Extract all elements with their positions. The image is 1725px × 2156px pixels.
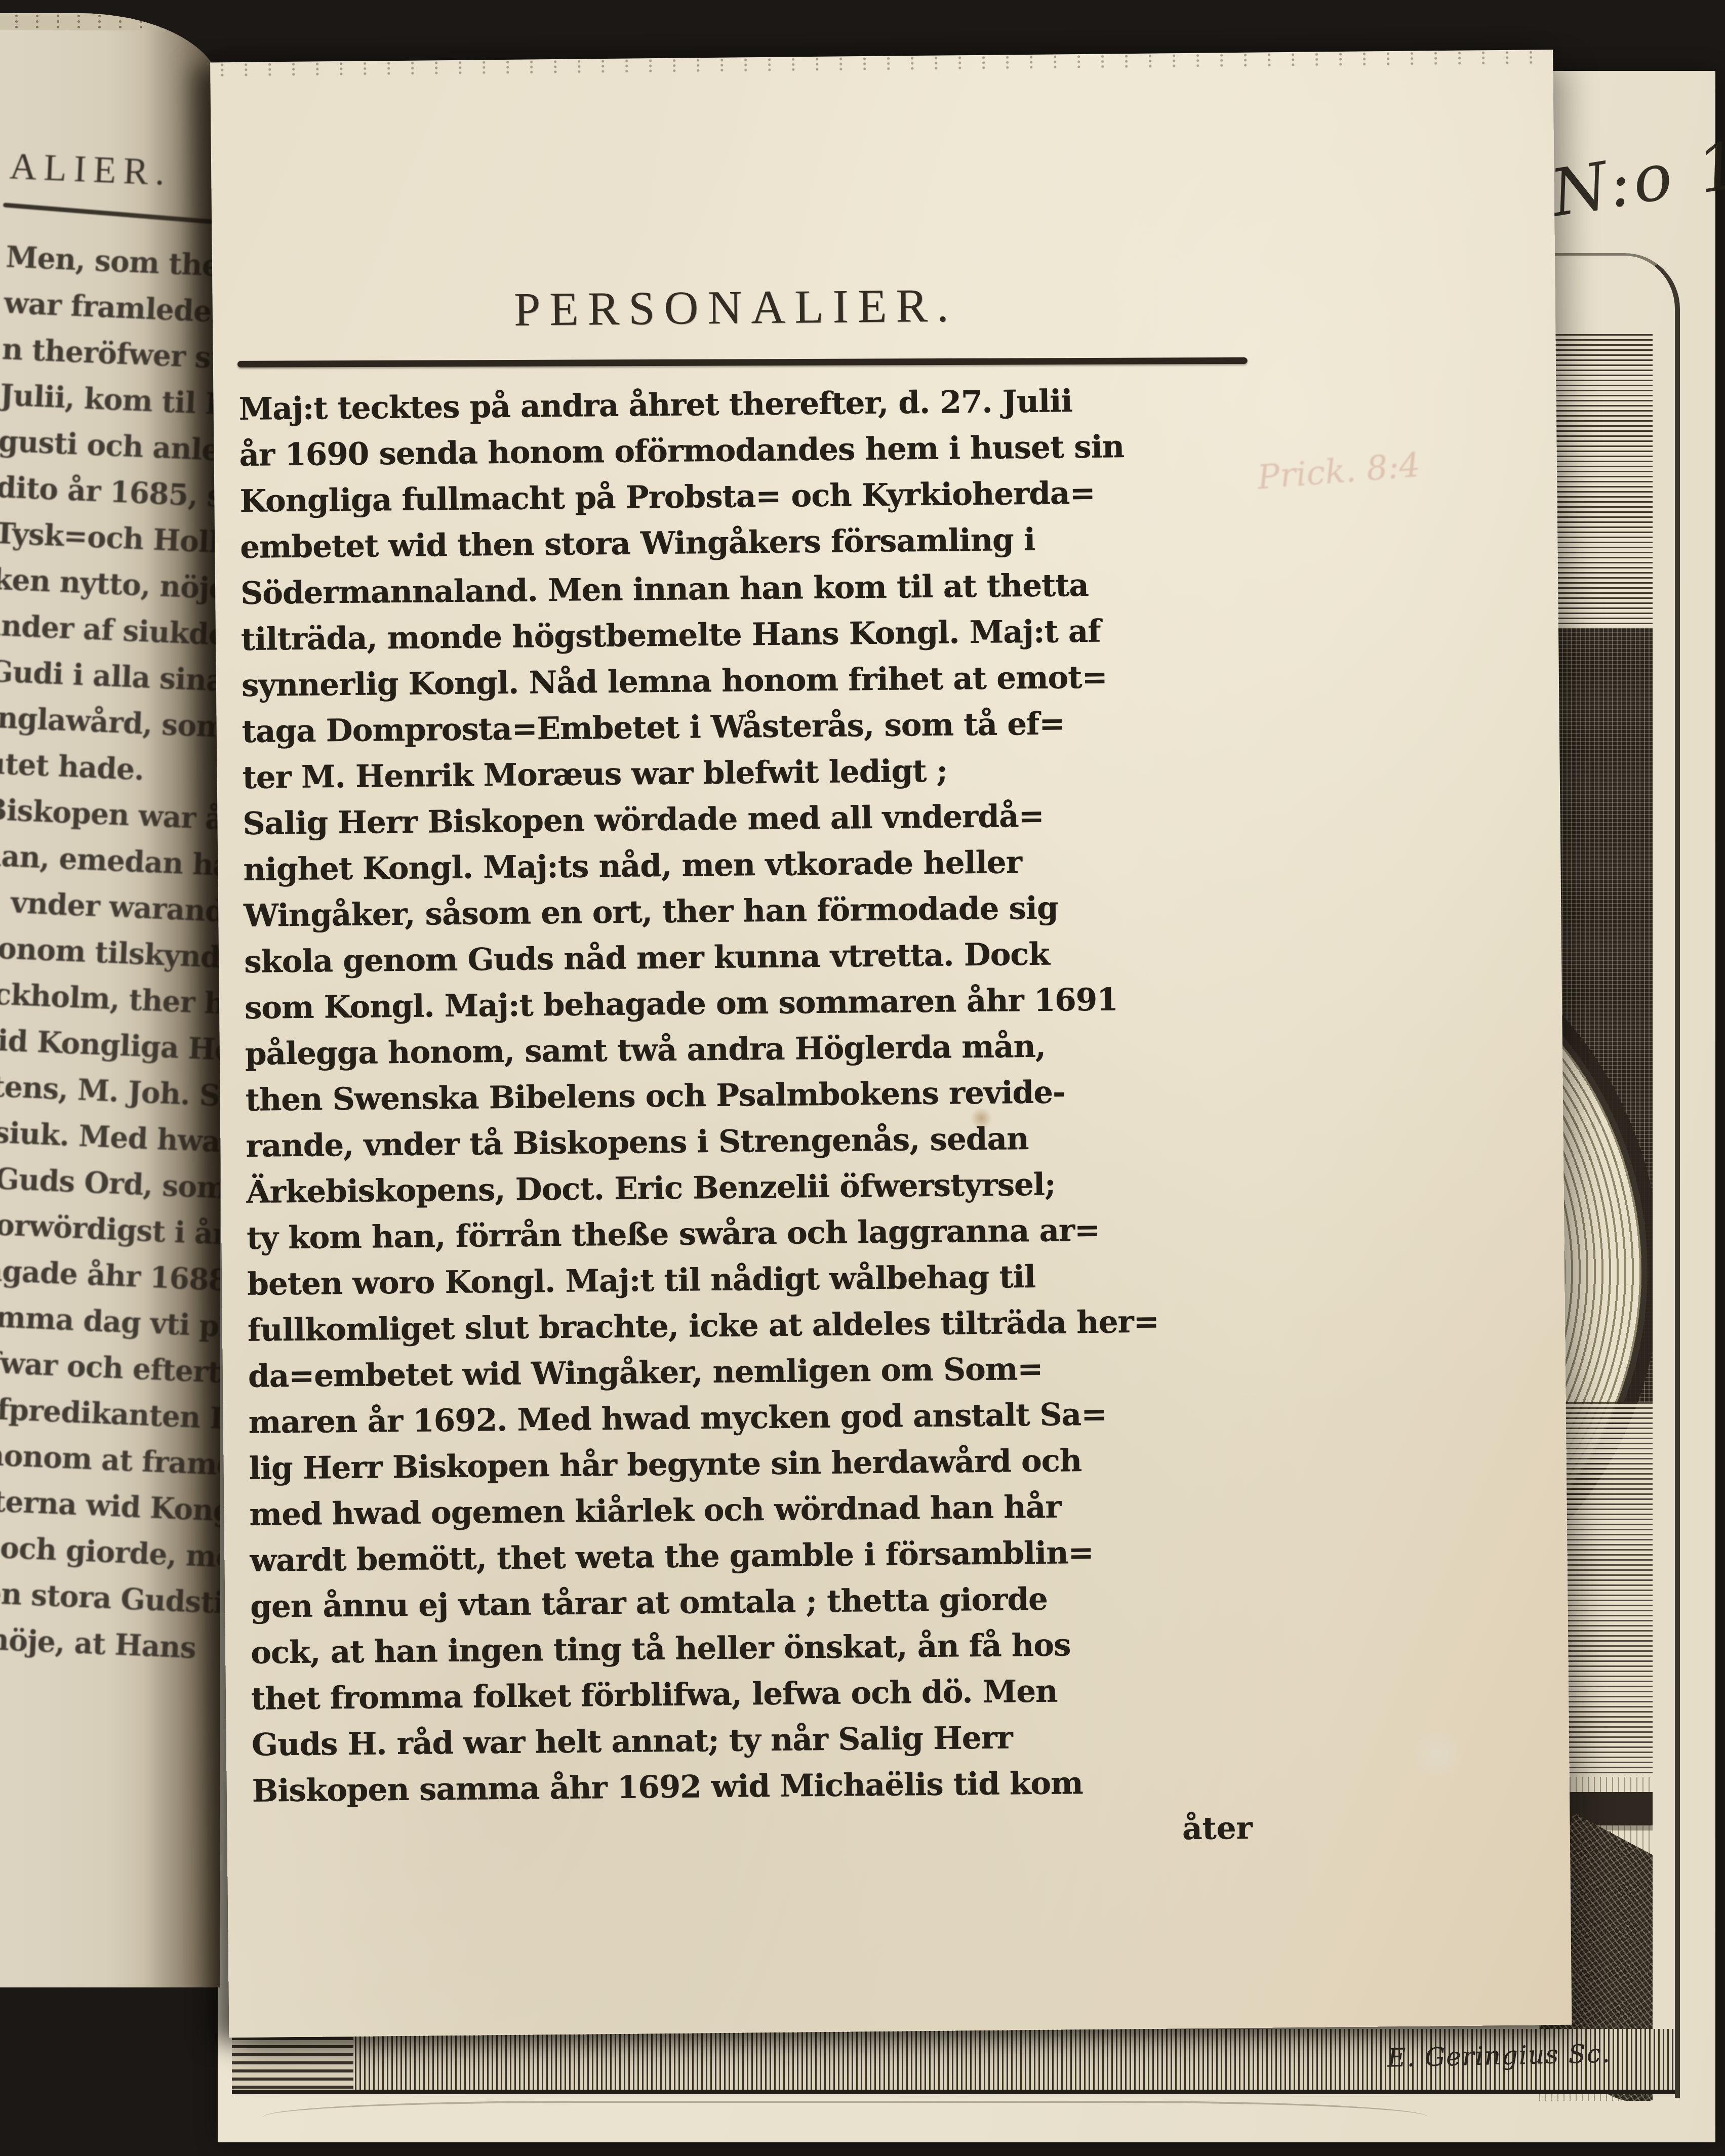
text-line-fragment: then stora Gudstien	[0, 1569, 214, 1626]
faint-pencil-line	[263, 2101, 1428, 2133]
body-line: Biskopen samma åhr 1692 wid Michaëlis ti…	[252, 1759, 1252, 1814]
previous-page-text: ALIER. Men, som then af Kwar framleden ;…	[0, 145, 220, 1672]
engraving-corner-hatch	[232, 2029, 353, 2090]
book-scan: N:o 16 E. Geringius Sc. ALIER. Men, so	[0, 0, 1725, 2156]
engraver-signature: E. Geringius Sc.	[1387, 2039, 1611, 2072]
running-title-fragment: ALIER.	[9, 145, 220, 199]
text-line-fragment: alfwar och eftertryck	[0, 1338, 220, 1396]
text-line-fragment: a honom at framdel	[0, 1431, 220, 1488]
body-text: Maj:t tecktes på andra åhret therefter, …	[238, 377, 1252, 1814]
plate-number-handwritten: N:o 16	[1546, 97, 1725, 231]
faint-ink-inscription: Prick. 8:4	[1256, 445, 1421, 497]
text-line-fragment: hofpredikanten Doct	[0, 1385, 220, 1442]
previous-page-fragment: ALIER. Men, som then af Kwar framleden ;…	[0, 13, 220, 1987]
text-line-fragment: samma dag vti pred	[0, 1292, 220, 1350]
personalier-page: PERSONALIER. Maj:t tecktes på andra åhre…	[210, 50, 1572, 2038]
heading-rule	[237, 357, 1248, 368]
previous-page-lines: Men, som then af Kwar framleden ; ty hn …	[0, 234, 220, 1672]
text-line-fragment: anterna wid Kongl.	[0, 1477, 218, 1534]
paper-stain	[1406, 1731, 1467, 1777]
heading-rule	[3, 202, 220, 225]
page-heading: PERSONALIER.	[513, 278, 958, 337]
text-line-fragment: an och giorde, med	[0, 1523, 216, 1580]
catchword: åter	[252, 1810, 1253, 1856]
text-line-fragment: et nöje, at Hans	[0, 1615, 212, 1672]
